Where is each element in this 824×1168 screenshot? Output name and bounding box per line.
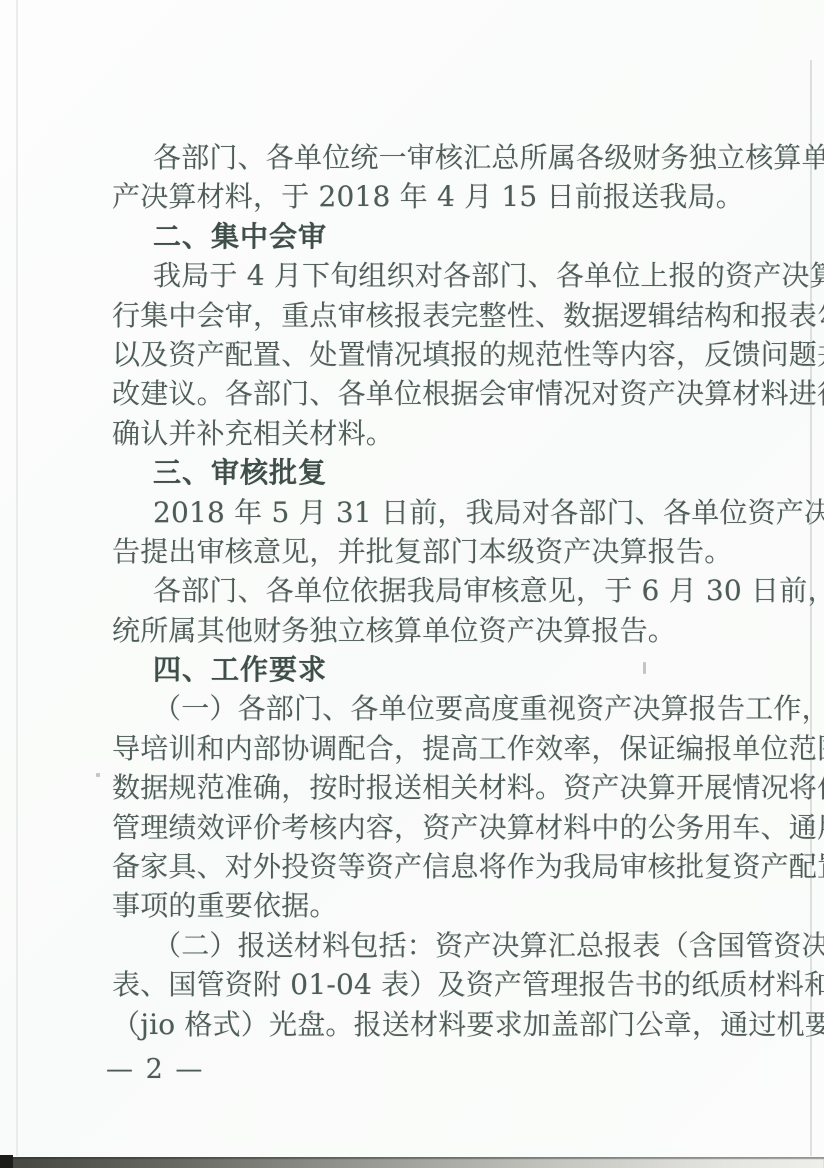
scan-corner-mark-artifact [0,1155,13,1168]
section-heading: 四、工作要求 [112,650,752,689]
scan-crease-left-artifact [16,0,18,1156]
section-heading: 二、集中会审 [112,217,752,256]
paragraph-line: 各部门、各单位统一审核汇总所属各级财务独立核算单位的资 [112,138,752,177]
paragraph-line: 管理绩效评价考核内容，资产决算材料中的公务用车、通用办公设 [112,808,752,847]
scan-edge-right-artifact [810,60,812,1156]
scan-speck-artifact [643,662,646,674]
paragraph-line: 数据规范准确，按时报送相关材料。资产决算开展情况将作为资产 [112,768,752,807]
section-heading: 三、审核批复 [112,453,752,492]
paragraph-line: 改建议。各部门、各单位根据会审情况对资产决算材料进行修改、 [112,374,752,413]
paragraph-line: （二）报送材料包括：资产决算汇总报表（含国管资决 01-07 [112,926,752,965]
paragraph-line: 确认并补充相关材料。 [112,414,752,453]
paragraph-line: 2018 年 5 月 31 日前，我局对各部门、各单位资产决算汇总报 [112,493,752,532]
paragraph-line: 统所属其他财务独立核算单位资产决算报告。 [112,611,752,650]
paragraph-line: （一）各部门、各单位要高度重视资产决算报告工作，加强指 [112,689,752,728]
paragraph-line: （jio 格式）光盘。报送材料要求加盖部门公章，通过机要交换报 [112,1005,752,1044]
paragraph-line: 产决算材料，于 2018 年 4 月 15 日前报送我局。 [112,177,752,216]
paragraph-line: 表、国管资附 01-04 表）及资产管理报告书的纸质材料和电子数据 [112,965,752,1004]
document-text: 各部门、各单位统一审核汇总所属各级财务独立核算单位的资产决算材料，于 2018 … [112,138,752,1044]
paragraph-line: 以及资产配置、处置情况填报的规范性等内容，反馈问题并提出修 [112,335,752,374]
paragraph-line: 备家具、对外投资等资产信息将作为我局审核批复资产配置、处置 [112,847,752,886]
paragraph-line: 告提出审核意见，并批复部门本级资产决算报告。 [112,532,752,571]
scanned-document-page: 各部门、各单位统一审核汇总所属各级财务独立核算单位的资产决算材料，于 2018 … [0,0,824,1168]
page-number: — 2 — [106,1052,204,1088]
scan-edge-bottom-artifact [0,1157,824,1168]
scan-speck-artifact [96,773,100,777]
paragraph-line: 我局于 4 月下旬组织对各部门、各单位上报的资产决算材料进 [112,256,752,295]
paragraph-line: 事项的重要依据。 [112,886,752,925]
paragraph-line: 导培训和内部协调配合，提高工作效率，保证编报单位范围完整、 [112,729,752,768]
paragraph-line: 行集中会审，重点审核报表完整性、数据逻辑结构和报表勾稽关系 [112,296,752,335]
paragraph-line: 各部门、各单位依据我局审核意见，于 6 月 30 日前，批复本系 [112,571,752,610]
